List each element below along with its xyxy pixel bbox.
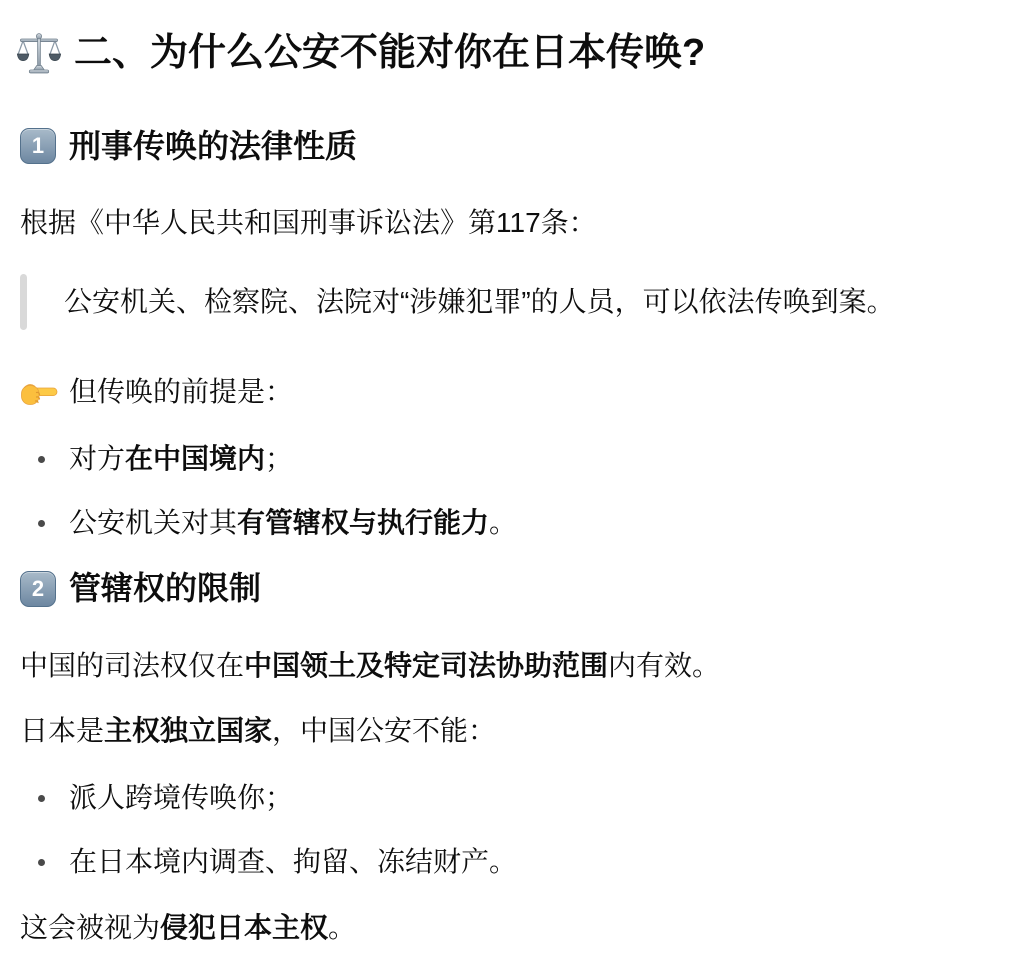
section-2-heading: 2 管辖权的限制 <box>20 568 1010 610</box>
restriction-list: 派人跨境传唤你； 在日本境内调查、拘留、冻结财产。 <box>20 778 1010 883</box>
blockquote-text: 公安机关、检察院、法院对“涉嫌犯罪”的人员，可以依法传唤到案。 <box>27 274 895 331</box>
section-1: 1 刑事传唤的法律性质 根据《中华人民共和国刑事诉讼法》第117条： 公安机关、… <box>20 126 1010 545</box>
blockquote-bar <box>20 274 27 331</box>
list-item: 在日本境内调查、拘留、冻结财产。 <box>20 842 1010 883</box>
document: 二、为什么公安不能对你在日本传唤? 1 刑事传唤的法律性质 根据《中华人民共和国… <box>0 0 1026 949</box>
balance-scale-icon <box>16 31 62 77</box>
keycap-1-icon: 1 <box>20 128 56 164</box>
bullet-dot-icon <box>38 520 45 527</box>
bullet-dot-icon <box>38 859 45 866</box>
pointer-line: 但传唤的前提是： <box>20 372 1010 413</box>
keycap-1-number: 1 <box>32 135 44 157</box>
premise-list: 对方在中国境内； 公安机关对其有管辖权与执行能力。 <box>20 439 1010 544</box>
list-item: 对方在中国境内； <box>20 439 1010 480</box>
keycap-2-icon: 2 <box>20 571 56 607</box>
intro-paragraph: 根据《中华人民共和国刑事诉讼法》第117条： <box>20 203 1010 244</box>
list-item-text: 派人跨境传唤你； <box>69 778 1010 819</box>
pointer-line-text: 但传唤的前提是： <box>69 372 293 413</box>
section-1-heading: 1 刑事传唤的法律性质 <box>20 126 1010 168</box>
section-2-heading-text: 管辖权的限制 <box>69 568 261 610</box>
list-item: 派人跨境传唤你； <box>20 778 1010 819</box>
list-item-text: 对方在中国境内； <box>69 439 1010 480</box>
blockquote: 公安机关、检察院、法院对“涉嫌犯罪”的人员，可以依法传唤到案。 <box>20 274 1010 331</box>
list-item: 公安机关对其有管辖权与执行能力。 <box>20 503 1010 544</box>
bullet-dot-icon <box>38 456 45 463</box>
keycap-2-number: 2 <box>32 578 44 600</box>
jurisdiction-paragraph: 中国的司法权仅在中国领土及特定司法协助范围内有效。 <box>20 646 1010 687</box>
list-item-text: 在日本境内调查、拘留、冻结财产。 <box>69 842 1010 883</box>
section-1-heading-text: 刑事传唤的法律性质 <box>69 126 357 168</box>
page-title-text: 二、为什么公安不能对你在日本传唤? <box>74 30 705 78</box>
closing-paragraph: 这会被视为侵犯日本主权。 <box>20 908 1010 949</box>
sovereignty-paragraph: 日本是主权独立国家，中国公安不能： <box>20 711 1010 752</box>
list-item-text: 公安机关对其有管辖权与执行能力。 <box>69 503 1010 544</box>
bullet-dot-icon <box>38 795 45 802</box>
pointing-right-icon <box>20 379 58 409</box>
page-title: 二、为什么公安不能对你在日本传唤? <box>20 30 1010 78</box>
section-2: 2 管辖权的限制 中国的司法权仅在中国领土及特定司法协助范围内有效。 日本是主权… <box>20 568 1010 949</box>
